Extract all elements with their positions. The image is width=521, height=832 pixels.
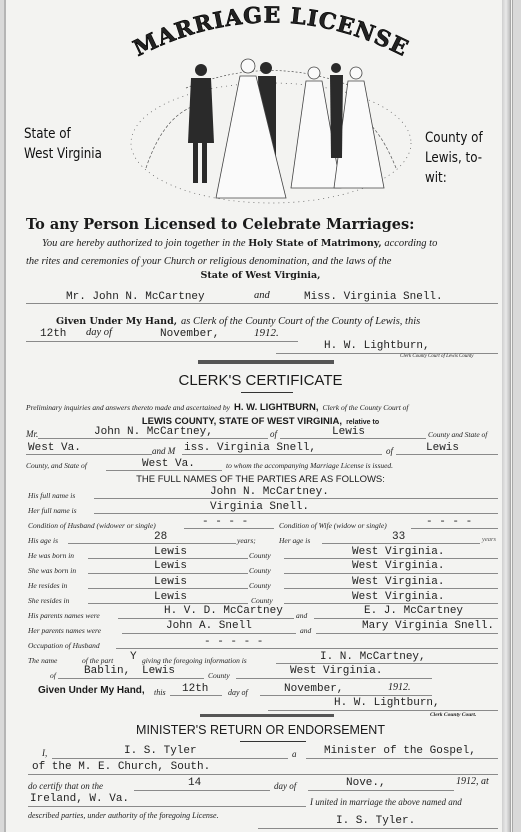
day-of-label-3: day of: [274, 781, 296, 791]
his-age-label: His age is: [28, 536, 58, 545]
miss-state: West Va.: [142, 458, 195, 470]
parties-line: [26, 303, 498, 304]
row-line: [284, 558, 498, 559]
row-line: [284, 573, 498, 574]
minister-signature-line: [258, 828, 498, 829]
cert-signature-line: [268, 710, 498, 711]
her-age-line: [322, 543, 480, 544]
her-father-line: [122, 633, 296, 634]
row-line: [284, 603, 498, 604]
clerk-signature: H. W. Lightburn,: [324, 340, 430, 352]
mr-county: Lewis: [332, 426, 365, 438]
informant-label: The name: [28, 656, 57, 665]
certificate-month: November,: [284, 683, 343, 695]
day-of-label: day of: [86, 327, 112, 338]
ornament-rule: [241, 392, 293, 393]
mr-state: West Va.: [28, 442, 81, 454]
condition-husband: - - - -: [202, 516, 248, 528]
row-line: [88, 558, 248, 559]
authorization-line-3: State of West Virginia,: [6, 270, 515, 281]
minister-signature: I. S. Tyler.: [336, 815, 415, 827]
clerk-title: Clerk County Court of Lewis County: [400, 354, 473, 359]
informant-state-line: [236, 678, 432, 679]
years-label-2: years: [482, 536, 496, 543]
this-label: this: [154, 688, 166, 697]
and-m-label: and M: [152, 446, 175, 456]
his-parents-label: His parents names were: [28, 611, 100, 620]
county-label: County: [249, 551, 271, 560]
certificate-intro-line2: LEWIS COUNTY, STATE OF WEST VIRGINIA, re…: [6, 411, 515, 429]
informant-giving-label: giving the foregoing information is: [142, 656, 247, 665]
row-line: [88, 588, 248, 589]
his-full-name-line: [94, 498, 498, 499]
wedding-ceremony-illustration: [126, 48, 416, 208]
mr-county-line: [280, 438, 426, 439]
informant-county: Lewis: [142, 665, 175, 677]
she-resides-county: Lewis: [154, 591, 187, 603]
he-resides-state: West Virginia.: [352, 576, 444, 588]
her-age-label: Her age is: [279, 536, 310, 545]
mr-line: [38, 438, 268, 439]
section-divider: [198, 360, 334, 364]
and-label: and: [254, 290, 270, 301]
his-father: H. V. D. McCartney: [164, 605, 283, 617]
informant-town: Bablin,: [84, 665, 130, 677]
informant-state: West Virginia.: [290, 665, 382, 677]
row-line: [88, 603, 248, 604]
her-full-name-label: Her full name is: [28, 506, 77, 515]
she-resides-label: She resides in: [28, 596, 69, 605]
of-label-2: of: [386, 446, 393, 456]
her-mother: Mary Virginia Snell.: [362, 620, 494, 632]
row-line: [284, 588, 498, 589]
certificate-day: 12th: [182, 683, 208, 695]
county-state-label: County and State of: [428, 430, 487, 439]
her-age: 33: [392, 531, 405, 543]
license-month: November,: [160, 328, 219, 340]
he-born-state: West Virginia.: [352, 546, 444, 558]
county-label: County of Lewis, to-wit:: [425, 128, 497, 188]
his-mother-line: [314, 618, 498, 619]
day-of-label-2: day of: [228, 688, 248, 697]
cert-month-line: [260, 695, 432, 696]
condition-wife-line: [411, 528, 498, 529]
informant-county-label: County: [208, 671, 230, 680]
church: of the M. E. Church, South.: [32, 761, 210, 773]
place-line: [28, 806, 306, 807]
license-year: 1912.: [254, 327, 279, 339]
county-and-state-label: County, and State of: [26, 461, 87, 470]
condition-husband-line: [184, 528, 274, 529]
salutation: To any Person Licensed to Celebrate Marr…: [26, 216, 415, 233]
informant-town-line: [58, 678, 204, 679]
mr-state-line: [26, 454, 152, 455]
condition-wife: - - - -: [426, 516, 472, 528]
his-age: 28: [154, 531, 167, 543]
occupation-line: [116, 648, 498, 649]
condition-husband-label: Condition of Husband (widower or single): [28, 521, 156, 530]
her-full-name-line: [94, 513, 498, 514]
marriage-license-document: MARRIAGE LICENSE State of West Virgini: [4, 0, 513, 832]
her-father: John A. Snell: [166, 620, 252, 632]
mr-name: John N. McCartney,: [94, 426, 213, 438]
informant-line: [276, 663, 498, 664]
condition-wife-label: Condition of Wife (widow or single): [279, 521, 387, 530]
row-line: [88, 573, 248, 574]
she-resides-state: West Virginia.: [352, 591, 444, 603]
ornament-rule-2: [240, 741, 306, 742]
she-born-state: West Virginia.: [352, 560, 444, 572]
miss-name: iss. Virginia Snell,: [184, 442, 316, 454]
authorization-line-2: the rites and ceremonies of your Church …: [26, 256, 391, 267]
license-date-line: [26, 341, 298, 342]
informant-of-label: of: [50, 671, 56, 680]
his-full-name: John N. McCartney.: [210, 486, 329, 498]
of-label: of: [270, 429, 277, 439]
united-label: I united in marriage the above named and: [310, 797, 462, 807]
groom-name: Mr. John N. McCartney: [66, 291, 205, 303]
miss-line: [182, 454, 382, 455]
minister-month-line: [308, 790, 454, 791]
minister-day-line: [134, 790, 270, 791]
minister-return-heading: MINISTER'S RETURN OR ENDORSEMENT: [6, 723, 515, 737]
state-label: State of West Virginia: [24, 124, 102, 164]
county-label: County: [249, 581, 271, 590]
bride-name: Miss. Virginia Snell.: [304, 291, 443, 303]
minister-name-line: [52, 758, 288, 759]
miss-state-line: [106, 470, 222, 471]
i-label: I,: [42, 748, 47, 758]
section-divider-2: [200, 714, 334, 717]
authorization-line-1: You are hereby authorized to join togeth…: [42, 238, 437, 249]
he-resides-label: He resides in: [28, 581, 67, 590]
and-label: and: [296, 611, 307, 620]
described-label: described parties, under authority of th…: [28, 811, 219, 820]
church-line: [28, 774, 498, 775]
minister-month: Nove.,: [346, 777, 386, 789]
he-born-county: Lewis: [154, 546, 187, 558]
marriage-place: Ireland, W. Va.: [30, 793, 129, 805]
miss-county-line: [396, 454, 498, 455]
minister-name: I. S. Tyler: [124, 745, 197, 757]
miss-county: Lewis: [426, 442, 459, 454]
her-full-name: Virginia Snell.: [210, 501, 309, 513]
certificate-clerk-signature: H. W. Lightburn,: [334, 697, 440, 709]
her-parents-label: Her parents names were: [28, 626, 101, 635]
he-born-label: He was born in: [28, 551, 74, 560]
certificate-clerk-title: Clerk County Court.: [430, 712, 476, 718]
informant-part-label: of the part: [82, 656, 113, 665]
mr-label: Mr.: [26, 429, 38, 439]
occupation-label: Occupation of Husband: [28, 641, 100, 650]
his-father-line: [118, 618, 294, 619]
his-full-name-label: His full name is: [28, 491, 75, 500]
certify-label: do certify that on the: [28, 781, 103, 791]
county-label: County: [249, 566, 271, 575]
occupation-value: - - - - -: [204, 636, 263, 648]
minister-year: 1912, at: [456, 776, 489, 787]
minister-title: Minister of the Gospel,: [324, 745, 476, 757]
cert-day-line: [170, 695, 222, 696]
license-day: 12th: [40, 328, 66, 340]
county-label: County: [251, 596, 273, 605]
certificate-given-label: Given Under My Hand,: [38, 685, 145, 696]
she-born-label: She was born in: [28, 566, 76, 575]
he-resides-county: Lewis: [154, 576, 187, 588]
informant-part-suffix: Y: [130, 651, 137, 663]
informant-name: I. N. McCartney,: [320, 651, 426, 663]
her-mother-line: [316, 633, 498, 634]
his-mother: E. J. McCartney: [364, 605, 463, 617]
years-label: years;: [237, 536, 256, 545]
minister-title-line: [306, 758, 498, 759]
and-label-2: and: [300, 626, 311, 635]
she-born-county: Lewis: [154, 560, 187, 572]
license-issued-label: to whom the accompanying Marriage Licens…: [226, 461, 393, 470]
a-label: a: [292, 749, 297, 759]
certificate-year: 1912.: [388, 682, 411, 693]
full-names-heading: THE FULL NAMES OF THE PARTIES ARE AS FOL…: [6, 474, 515, 485]
minister-day: 14: [188, 777, 201, 789]
his-age-line: [68, 543, 236, 544]
clerk-certificate-heading: CLERK'S CERTIFICATE: [6, 372, 515, 389]
page-edge: [502, 0, 510, 832]
